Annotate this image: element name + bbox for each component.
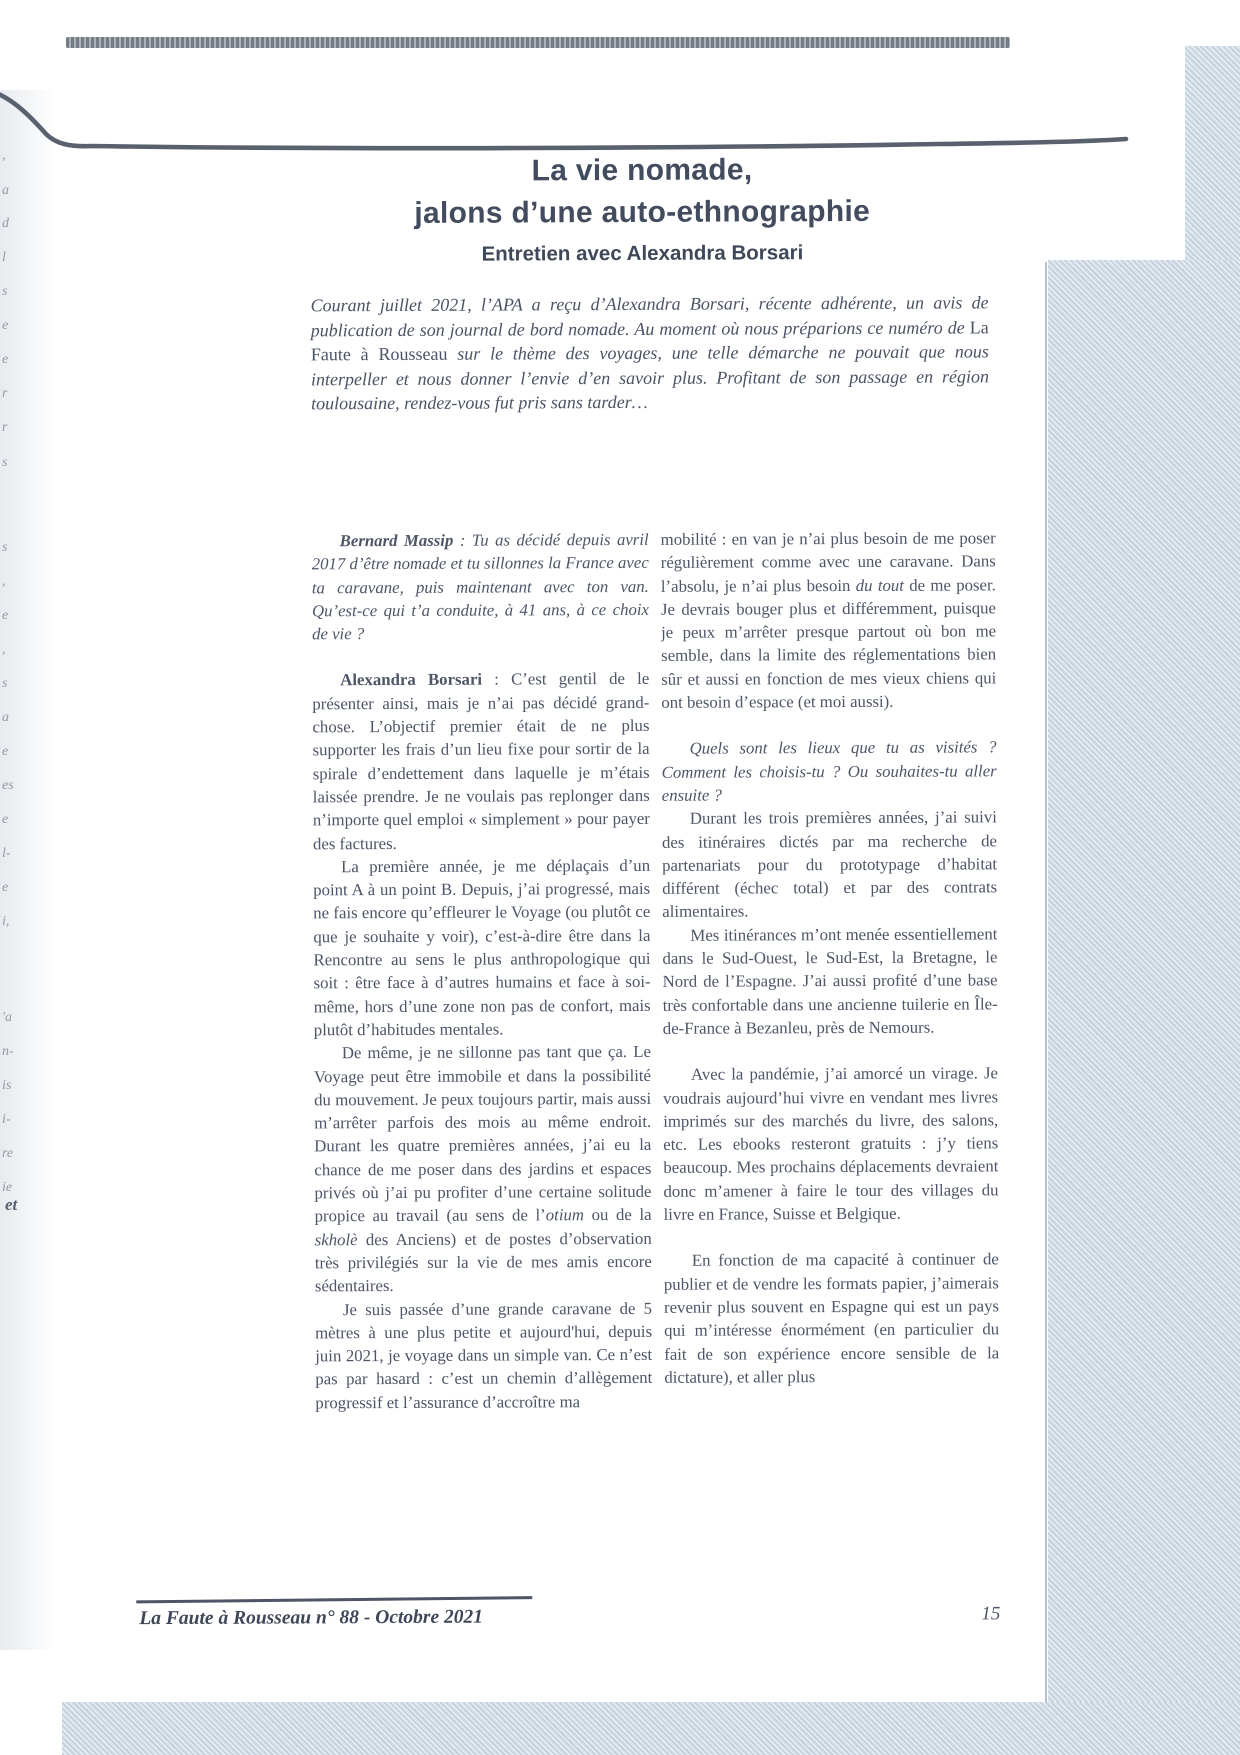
article-header: La vie nomade, jalons d’une auto-ethnogr… [247,148,1038,268]
page-title-line2: jalons d’une auto-ethnographie [247,190,1037,235]
scanned-page: La vie nomade, jalons d’une auto-ethnogr… [0,0,1240,1755]
body-paragraph: Je suis passée d’une grande caravane de … [315,1296,653,1414]
body-paragraph: En fonction de ma capacité à continuer d… [664,1248,1000,1389]
body-paragraph: Mes itinérances m’ont menée essentiellem… [662,922,998,1040]
body-paragraph: Durant les trois premières années, j’ai … [662,806,998,924]
interviewer-question: Bernard Massip : Tu as décidé depuis avr… [312,528,650,646]
answer-paragraph: Alexandra Borsari : C’est gentil de le p… [312,667,650,855]
page-title-line1: La vie nomade, [247,148,1037,193]
intro-paragraph: Courant juillet 2021, l’APA a reçu d’Ale… [311,290,990,416]
footer-rule [136,1596,532,1603]
right-column: mobilité : en van je n’ai plus besoin de… [661,526,1001,1583]
left-column: Bernard Massip : Tu as décidé depuis avr… [312,528,654,1585]
footer-journal-title: La Faute à Rousseau n° 88 - Octobre 2021 [139,1606,639,1630]
article-subtitle: Entretien avec Alexandra Borsari [247,239,1037,268]
interviewer-question: Quels sont les lieux que tu as visités ?… [662,736,997,807]
body-paragraph: De même, je ne sillonne pas tant que ça.… [314,1040,652,1298]
body-paragraph: La première année, je me déplaçais d’un … [313,854,651,1042]
body-paragraph: mobilité : en van je n’ai plus besoin de… [661,526,997,714]
page-number: 15 [981,1603,1000,1625]
body-paragraph: Avec la pandémie, j’ai amorcé un virage.… [663,1062,999,1227]
